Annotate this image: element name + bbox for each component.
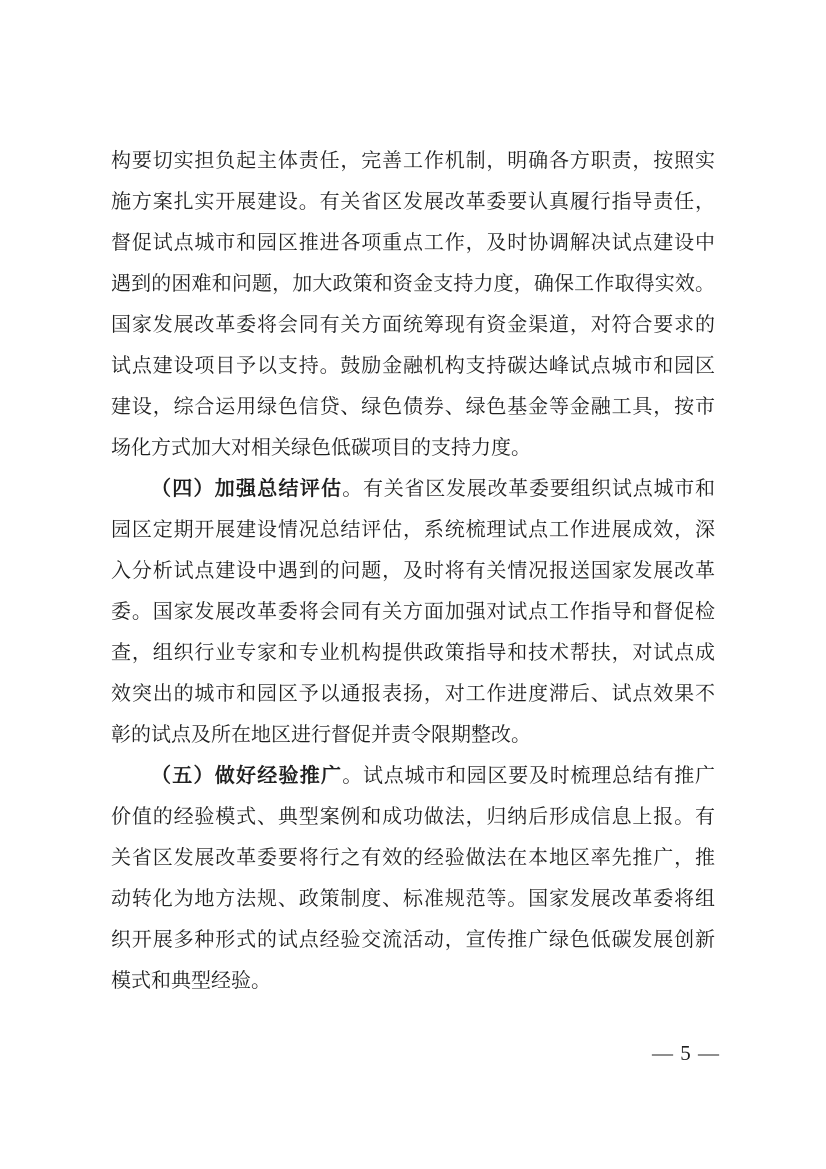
- section-heading: （五）做好经验推广: [151, 765, 342, 787]
- text-line: 动转化为地方法规、政策制度、标准规范等。国家发展改革委将组: [111, 879, 715, 920]
- text-run: 彰的试点及所在地区进行督促并责令限期整改。: [111, 724, 531, 746]
- text-line: （四）加强总结评估。有关省区发展改革委要组织试点城市和: [111, 469, 715, 510]
- text-run: 关省区发展改革委要将行之有效的经验做法在本地区率先推广，推: [111, 847, 715, 869]
- text-run: 施方案扎实开展建设。有关省区发展改革委要认真履行指导责任，: [111, 191, 715, 213]
- page-number: — 5 —: [652, 1041, 720, 1065]
- text-line: 场化方式加大对相关绿色低碳项目的支持力度。: [111, 428, 715, 469]
- text-run: 遇到的困难和问题，加大政策和资金支持力度，确保工作取得实效。: [111, 273, 715, 295]
- text-line: 建设，综合运用绿色信贷、绿色债券、绿色基金等金融工具，按市: [111, 387, 715, 428]
- text-line: 遇到的困难和问题，加大政策和资金支持力度，确保工作取得实效。: [111, 264, 715, 305]
- paragraph: 构要切实担负起主体责任，完善工作机制，明确各方职责，按照实施方案扎实开展建设。有…: [111, 141, 715, 469]
- section-heading: （四）加强总结评估: [151, 478, 342, 500]
- text-run: 国家发展改革委将会同有关方面统筹现有资金渠道，对符合要求的: [111, 314, 715, 336]
- text-run: 委。国家发展改革委将会同有关方面加强对试点工作指导和督促检: [111, 601, 715, 623]
- text-run: 动转化为地方法规、政策制度、标准规范等。国家发展改革委将组: [111, 888, 715, 910]
- text-line: 效突出的城市和园区予以通报表扬，对工作进度滞后、试点效果不: [111, 674, 715, 715]
- text-run: 构要切实担负起主体责任，完善工作机制，明确各方职责，按照实: [111, 150, 715, 172]
- text-line: 督促试点城市和园区推进各项重点工作，及时协调解决试点建设中: [111, 223, 715, 264]
- text-line: 模式和典型经验。: [111, 961, 715, 1002]
- text-line: 关省区发展改革委要将行之有效的经验做法在本地区率先推广，推: [111, 838, 715, 879]
- text-line: 试点建设项目予以支持。鼓励金融机构支持碳达峰试点城市和园区: [111, 346, 715, 387]
- text-run: 建设，综合运用绿色信贷、绿色债券、绿色基金等金融工具，按市: [111, 396, 715, 418]
- text-run: 园区定期开展建设情况总结评估，系统梳理试点工作进展成效，深: [111, 519, 715, 541]
- text-run: 。有关省区发展改革委要组织试点城市和: [342, 478, 715, 500]
- text-run: 织开展多种形式的试点经验交流活动，宣传推广绿色低碳发展创新: [111, 929, 715, 951]
- text-line: 国家发展改革委将会同有关方面统筹现有资金渠道，对符合要求的: [111, 305, 715, 346]
- text-line: 入分析试点建设中遇到的问题，及时将有关情况报送国家发展改革: [111, 551, 715, 592]
- text-run: 模式和典型经验。: [111, 970, 271, 992]
- text-run: 效突出的城市和园区予以通报表扬，对工作进度滞后、试点效果不: [111, 683, 715, 705]
- document-page: 构要切实担负起主体责任，完善工作机制，明确各方职责，按照实施方案扎实开展建设。有…: [0, 0, 826, 1169]
- text-run: 入分析试点建设中遇到的问题，及时将有关情况报送国家发展改革: [111, 560, 715, 582]
- text-line: （五）做好经验推广。试点城市和园区要及时梳理总结有推广: [111, 756, 715, 797]
- text-line: 构要切实担负起主体责任，完善工作机制，明确各方职责，按照实: [111, 141, 715, 182]
- text-line: 价值的经验模式、典型案例和成功做法，归纳后形成信息上报。有: [111, 797, 715, 838]
- text-run: 场化方式加大对相关绿色低碳项目的支持力度。: [111, 437, 531, 459]
- text-run: 价值的经验模式、典型案例和成功做法，归纳后形成信息上报。有: [111, 806, 715, 828]
- document-body: 构要切实担负起主体责任，完善工作机制，明确各方职责，按照实施方案扎实开展建设。有…: [111, 141, 715, 1002]
- text-run: 。试点城市和园区要及时梳理总结有推广: [342, 765, 715, 787]
- text-run: 督促试点城市和园区推进各项重点工作，及时协调解决试点建设中: [111, 232, 715, 254]
- text-line: 织开展多种形式的试点经验交流活动，宣传推广绿色低碳发展创新: [111, 920, 715, 961]
- text-line: 园区定期开展建设情况总结评估，系统梳理试点工作进展成效，深: [111, 510, 715, 551]
- paragraph: （五）做好经验推广。试点城市和园区要及时梳理总结有推广价值的经验模式、典型案例和…: [111, 756, 715, 1002]
- text-line: 查，组织行业专家和专业机构提供政策指导和技术帮扶，对试点成: [111, 633, 715, 674]
- text-run: 查，组织行业专家和专业机构提供政策指导和技术帮扶，对试点成: [111, 642, 715, 664]
- text-line: 彰的试点及所在地区进行督促并责令限期整改。: [111, 715, 715, 756]
- text-line: 委。国家发展改革委将会同有关方面加强对试点工作指导和督促检: [111, 592, 715, 633]
- text-line: 施方案扎实开展建设。有关省区发展改革委要认真履行指导责任，: [111, 182, 715, 223]
- text-run: 试点建设项目予以支持。鼓励金融机构支持碳达峰试点城市和园区: [111, 355, 715, 377]
- paragraph: （四）加强总结评估。有关省区发展改革委要组织试点城市和园区定期开展建设情况总结评…: [111, 469, 715, 756]
